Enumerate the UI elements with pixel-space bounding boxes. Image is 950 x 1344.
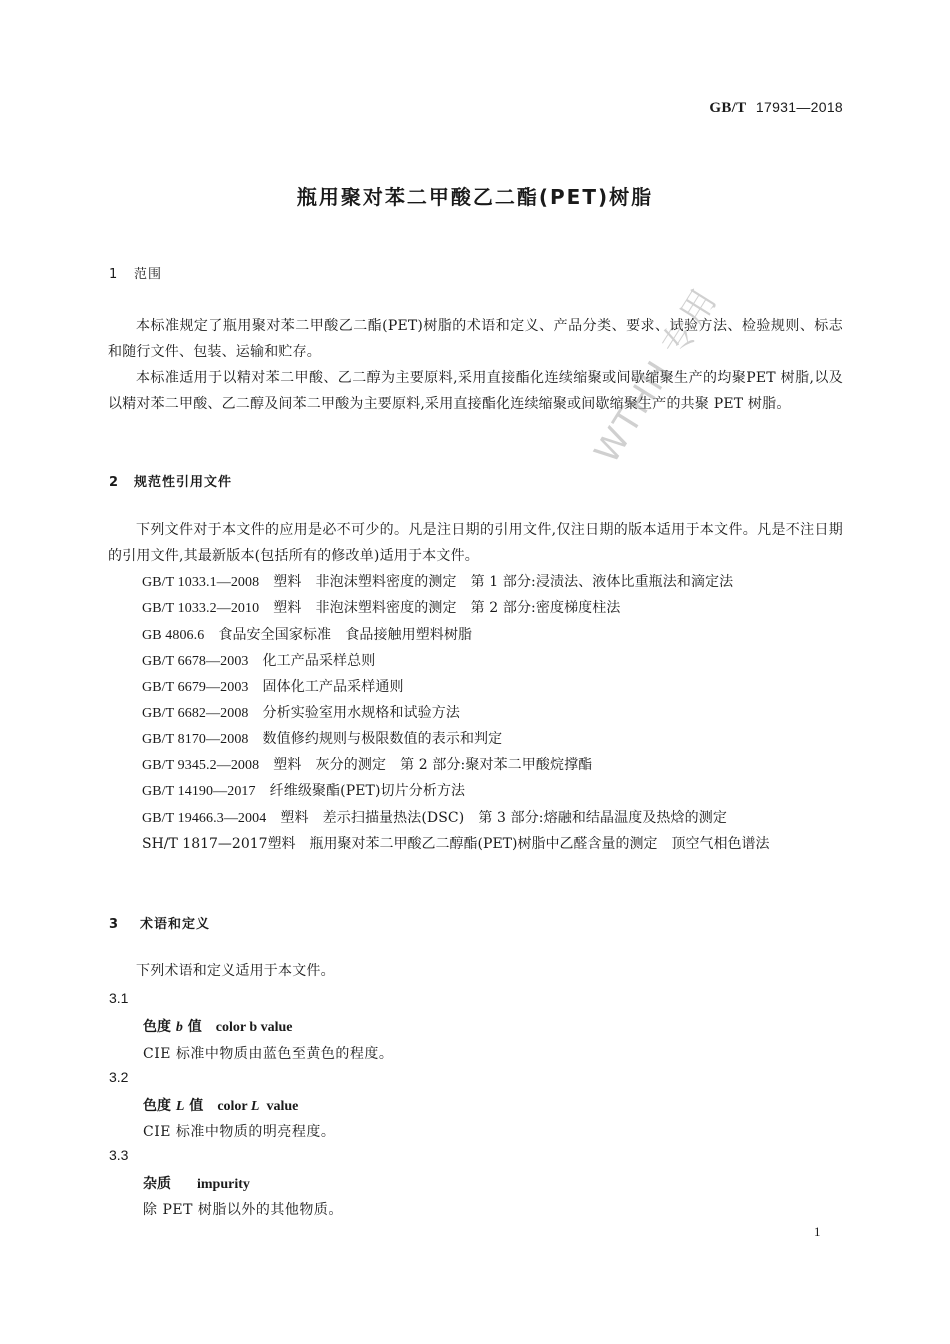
section-3-heading: 3术语和定义 — [109, 913, 210, 932]
scope-paragraph-2: 本标准适用于以精对苯二甲酸、乙二醇为主要原料,采用直接酯化连续缩聚或间歇缩聚生产… — [108, 365, 843, 417]
term-name-en: color b value — [216, 1020, 293, 1035]
section-number: 1 — [109, 267, 134, 282]
reference-item: GB/T 1033.2—2010塑料 非泡沫塑料密度的测定 第 2 部分:密度梯… — [142, 595, 620, 622]
scope-paragraph-1: 本标准规定了瓶用聚对苯二甲酸乙二酯(PET)树脂的术语和定义、产品分类、要求、试… — [108, 313, 843, 365]
reference-title: 塑料 灰分的测定 第 2 部分:聚对苯二甲酸烷撑酯 — [273, 757, 592, 773]
term-definition: CIE 标准中物质由蓝色至黄色的程度。 — [143, 1043, 393, 1063]
terms-intro: 下列术语和定义适用于本文件。 — [108, 958, 843, 984]
section-title: 规范性引用文件 — [134, 475, 232, 490]
reference-code: GB/T 1033.2—2010 — [142, 601, 259, 616]
reference-title: 数值修约规则与极限数值的表示和判定 — [263, 731, 503, 747]
reference-code: SH/T 1817—2017 — [142, 836, 268, 852]
reference-code: GB 4806.6 — [142, 628, 204, 643]
standard-number: 17931—2018 — [756, 99, 843, 115]
term-name-en: impurity — [197, 1177, 250, 1192]
term-name-en-suffix: value — [259, 1099, 298, 1114]
term-name: 色度 b 值color b value — [143, 1016, 293, 1036]
section-number: 3 — [109, 917, 140, 932]
term-name: 杂质impurity — [143, 1173, 250, 1193]
reference-code: GB/T 6679—2003 — [142, 680, 249, 695]
term-name-en-text: impurity — [197, 1177, 250, 1192]
term-name-cn-suffix: 值 — [183, 1019, 202, 1035]
reference-item: GB/T 14190—2017纤维级聚酯(PET)切片分析方法 — [142, 778, 465, 805]
term-name-en: color L value — [217, 1099, 298, 1114]
document-page: GB/T 17931—2018 瓶用聚对苯二甲酸乙二酯(PET)树脂 1范围 本… — [0, 0, 950, 1344]
term-definition: CIE 标准中物质的明亮程度。 — [143, 1121, 335, 1141]
reference-title: 化工产品采样总则 — [263, 653, 376, 669]
reference-code: GB/T 6678—2003 — [142, 654, 249, 669]
document-title: 瓶用聚对苯二甲酸乙二酯(PET)树脂 — [0, 181, 950, 210]
reference-item: GB/T 1033.1—2008塑料 非泡沫塑料密度的测定 第 1 部分:浸渍法… — [142, 569, 733, 596]
reference-code: GB/T 14190—2017 — [142, 784, 256, 799]
reference-item: GB/T 8170—2008数值修约规则与极限数值的表示和判定 — [142, 726, 502, 753]
term-name-cn-suffix: 值 — [184, 1098, 203, 1114]
reference-code: GB/T 19466.3—2004 — [142, 811, 266, 826]
reference-title: 塑料 非泡沫塑料密度的测定 第 2 部分:密度梯度柱法 — [273, 600, 620, 616]
references-intro: 下列文件对于本文件的应用是必不可少的。凡是注日期的引用文件,仅注日期的版本适用于… — [108, 517, 843, 569]
term-number: 3.1 — [109, 990, 128, 1006]
section-2-heading: 2规范性引用文件 — [109, 471, 232, 490]
term-name-en-text: color — [217, 1099, 251, 1114]
term-definition: 除 PET 树脂以外的其他物质。 — [143, 1199, 343, 1219]
section-title: 范围 — [134, 267, 162, 282]
term-name-cn: 色度 — [143, 1019, 176, 1035]
reference-item: GB/T 6679—2003固体化工产品采样通则 — [142, 674, 404, 701]
reference-title: 塑料 差示扫描量热法(DSC) 第 3 部分:熔融和结晶温度及热焓的测定 — [280, 810, 727, 826]
term-number: 3.3 — [109, 1147, 128, 1163]
reference-title: 食品安全国家标准 食品接触用塑料树脂 — [218, 627, 472, 643]
reference-title: 塑料 瓶用聚对苯二甲酸乙二醇酯(PET)树脂中乙醛含量的测定 顶空气相色谱法 — [268, 836, 770, 852]
reference-item: GB/T 6682—2008分析实验室用水规格和试验方法 — [142, 700, 460, 727]
reference-item: GB/T 19466.3—2004塑料 差示扫描量热法(DSC) 第 3 部分:… — [142, 805, 727, 832]
term-name-cn: 杂质 — [143, 1176, 171, 1192]
reference-title: 分析实验室用水规格和试验方法 — [263, 705, 460, 721]
section-title: 术语和定义 — [140, 917, 210, 932]
term-variable: b — [176, 1020, 183, 1035]
section-1-heading: 1范围 — [109, 263, 162, 282]
reference-item: GB/T 6678—2003化工产品采样总则 — [142, 648, 375, 675]
reference-title: 固体化工产品采样通则 — [263, 679, 404, 695]
term-name: 色度 L 值color L value — [143, 1095, 298, 1115]
reference-code: GB/T 9345.2—2008 — [142, 758, 259, 773]
reference-title: 塑料 非泡沫塑料密度的测定 第 1 部分:浸渍法、液体比重瓶法和滴定法 — [273, 574, 733, 590]
standard-prefix: GB/T — [709, 100, 746, 116]
reference-item: GB/T 9345.2—2008塑料 灰分的测定 第 2 部分:聚对苯二甲酸烷撑… — [142, 752, 592, 779]
reference-code: GB/T 8170—2008 — [142, 732, 249, 747]
reference-code: GB/T 6682—2008 — [142, 706, 249, 721]
term-number: 3.2 — [109, 1069, 128, 1085]
reference-item: SH/T 1817—2017塑料 瓶用聚对苯二甲酸乙二醇酯(PET)树脂中乙醛含… — [108, 831, 843, 857]
reference-title: 纤维级聚酯(PET)切片分析方法 — [270, 783, 466, 799]
term-name-en-text: color b value — [216, 1020, 293, 1035]
section-number: 2 — [109, 475, 134, 490]
reference-item: GB 4806.6食品安全国家标准 食品接触用塑料树脂 — [142, 622, 472, 649]
reference-code: GB/T 1033.1—2008 — [142, 575, 259, 590]
page-number: 1 — [814, 1224, 821, 1240]
term-name-cn: 色度 — [143, 1098, 176, 1114]
standard-code: GB/T 17931—2018 — [709, 99, 843, 117]
